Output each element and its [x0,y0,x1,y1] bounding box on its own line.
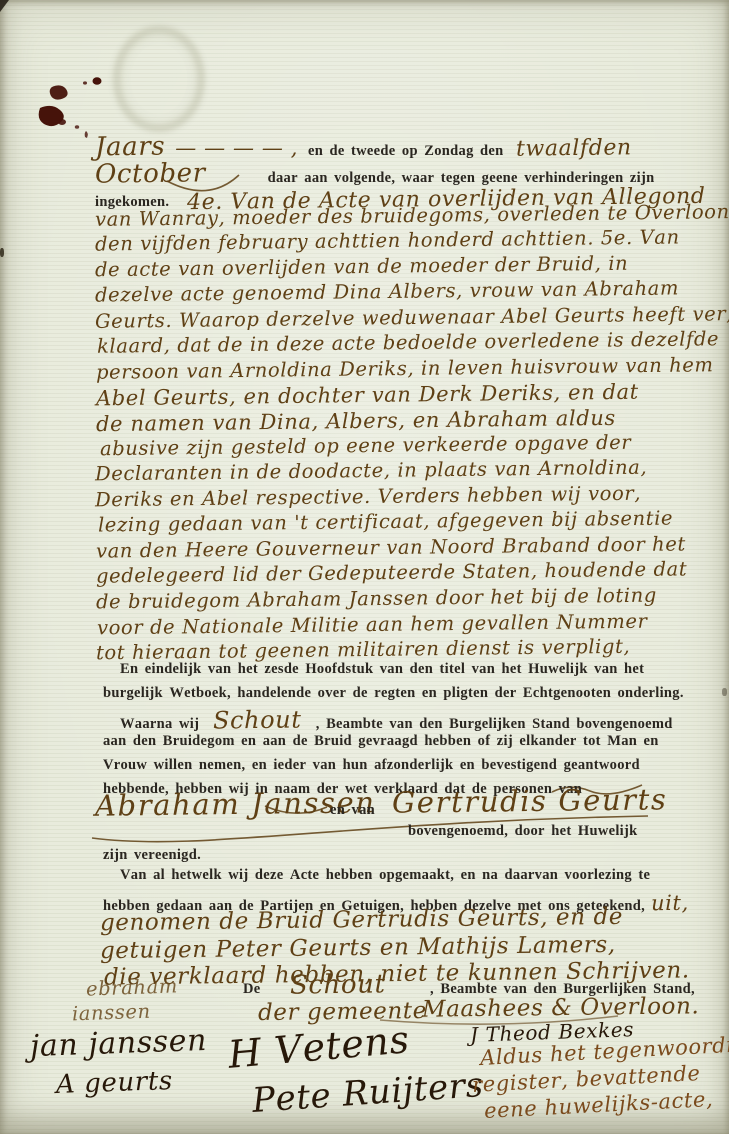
handwritten-dashes: — — — — , [175,137,298,159]
handwritten-text: lezing gedaan van 't certificaat, afgege… [98,508,673,535]
document-line: bovengenoemd, door het Huwelijk [408,824,637,839]
document-line: October daar aan volgende, waar tegen ge… [95,161,654,188]
document-line: Van al hetwelk wij deze Acte hebben opge… [120,868,650,883]
aldus-note: eene huwelijks-acte, [484,1094,713,1116]
aldus-note: Aldus het tegenwoordig [480,1040,729,1062]
document-line: Geurts. Waarop derzelve weduwenaar Abel … [95,308,729,328]
handwritten-text: Gertrudis Geurts [392,784,668,818]
handwritten-text: genomen de Bruid Gertrudis Geurts, en de [100,905,623,936]
edge-speck [722,688,727,696]
embossed-seal-stamp [113,26,205,132]
document-line: En eindelijk van het zesde Hoofdstuk van… [120,662,644,677]
handwritten-text: ebraham [86,976,179,1000]
document-line: de bruidegom Abraham Janssen door het bi… [96,589,657,609]
handwritten-text: Jaars [95,134,166,162]
document-line: voor de Nationale Militie aan hem gevall… [97,615,647,635]
document-line: van Wanray, moeder des bruidegoms, overl… [95,206,729,226]
gemeente-name: Maashees & Overloon. [422,996,699,1020]
faint-signature: ebraham [86,978,178,998]
paper-corner-damage [0,0,9,12]
handwritten-text: Schout [213,707,302,733]
document-line: persoon van Arnoldina Deriks, in leven h… [96,359,714,379]
document-line: gedelegeerd lid der Gedeputeerde Staten,… [96,563,687,583]
printed-text: Waarna wij [120,717,199,732]
handwritten-text: tot hieraan tot geenen militairen dienst… [96,637,630,664]
document-line: dezelve acte genoemd Dina Albers, vrouw … [95,282,679,302]
witness-signature: jan janssen [30,1028,207,1060]
handwritten-text: H Vetens [227,1020,411,1076]
handwritten-text: jan janssen [30,1025,208,1063]
handwritten-text: Maashees & Overloon. [422,994,700,1022]
handwritten-text: Pete Ruijters [251,1068,485,1120]
document-line: burgelijk Wetboek, handelende over de re… [103,686,684,701]
document-line: den vijfden february achttien honderd ac… [95,231,680,251]
bride-name: Gertrudis Geurts [392,786,667,816]
faint-signature: ianssen [72,1003,151,1023]
document-line: klaard, dat de in deze acte bedoelde ove… [97,333,719,353]
document-line: aan den Bruidegom en aan de Bruid gevraa… [103,734,659,749]
handwritten-text: de acte van overlijden van de moeder der… [95,254,628,281]
document-line: Declaranten in de doodacte, in plaats va… [95,461,647,481]
large-signature: H Vetens [228,1028,410,1068]
handwritten-text: Deriks en Abel respective. Verders hebbe… [95,484,641,511]
schout-title-handwritten: Schout [290,972,386,999]
document-page: Jaars — — — — , en de tweede op Zondag d… [0,0,729,1134]
printed-text: En eindelijk van het zesde Hoofdstuk van… [120,662,644,677]
document-line: Waarna wij Schout , Beambte van den Burg… [120,708,673,733]
printed-text: bovengenoemd, door het Huwelijk [408,824,637,839]
handwritten-text: abusive zijn gesteld op eene verkeerde o… [100,433,631,460]
printed-text: en de tweede op Zondag den [308,144,504,159]
printed-text: en van [330,803,375,818]
handwritten-text: eene huwelijks-acte, [484,1088,714,1122]
document-line: tot hieraan tot geenen militairen dienst… [96,640,630,660]
handwritten-text: twaalfden [515,136,631,161]
handwritten-text: October [95,160,206,189]
document-line: van den Heere Gouverneur van Noord Braba… [96,538,686,558]
document-line: de acte van overlijden van de moeder der… [95,257,628,277]
document-line: de namen van Dina, Albers, en Abraham al… [96,410,616,432]
document-line: Jaars — — — — , en de tweede op Zondag d… [95,134,631,161]
witness-signature: A geurts [56,1070,173,1097]
printed-text: daar aan volgende, waar tegen geene verh… [268,171,655,186]
handwritten-text: den vijfden february achttien honderd ac… [95,227,680,255]
printed-text: , Beambte van den Burgelijken Stand bove… [316,717,673,732]
handwritten-text: Abel Geurts, en dochter van Derk Deriks,… [96,381,639,410]
document-line: zijn vereenigd. [103,848,201,863]
large-signature: Pete Ruijters [252,1076,484,1112]
handwritten-text: dezelve acte genoemd Dina Albers, vrouw … [95,278,679,306]
document-line: Deriks en Abel respective. Verders hebbe… [95,487,641,507]
handwritten-text: gedelegeerd lid der Gedeputeerde Staten,… [96,559,688,587]
document-line: genomen de Bruid Gertrudis Geurts, en de [100,908,623,932]
handwritten-text: uit, [651,892,689,915]
aldus-note: register, bevattende [472,1068,701,1090]
printed-text: zijn vereenigd. [103,848,201,863]
document-line: abusive zijn gesteld op eene verkeerde o… [100,436,631,456]
handwritten-text: de bruidegom Abraham Janssen door het bi… [96,586,657,613]
handwritten-text: A geurts [56,1068,174,1099]
printed-text: burgelijk Wetboek, handelende over de re… [103,686,684,701]
handwritten-text: Schout [290,971,386,999]
document-line: Abel Geurts, en dochter van Derk Deriks,… [96,384,639,406]
handwritten-text: ianssen [72,1002,151,1025]
document-line: lezing gedaan van 't certificaat, afgege… [98,512,673,532]
printed-text: Van al hetwelk wij deze Acte hebben opge… [120,868,650,883]
handwritten-text: Declaranten in de doodacte, in plaats va… [95,458,647,485]
edge-speck [0,248,4,257]
printed-text: aan den Bruidegom en aan de Bruid gevraa… [103,734,659,749]
document-line: getuigen Peter Geurts en Mathijs Lamers, [100,936,616,960]
de-label: De [243,982,261,997]
document-line: Vrouw willen nemen, en ieder van hun afz… [103,758,640,773]
printed-text: Vrouw willen nemen, en ieder van hun afz… [103,758,640,773]
handwritten-text: klaard, dat de in deze acte bedoelde ove… [97,329,719,357]
printed-text: De [243,982,261,997]
document-line: en van [330,803,375,818]
